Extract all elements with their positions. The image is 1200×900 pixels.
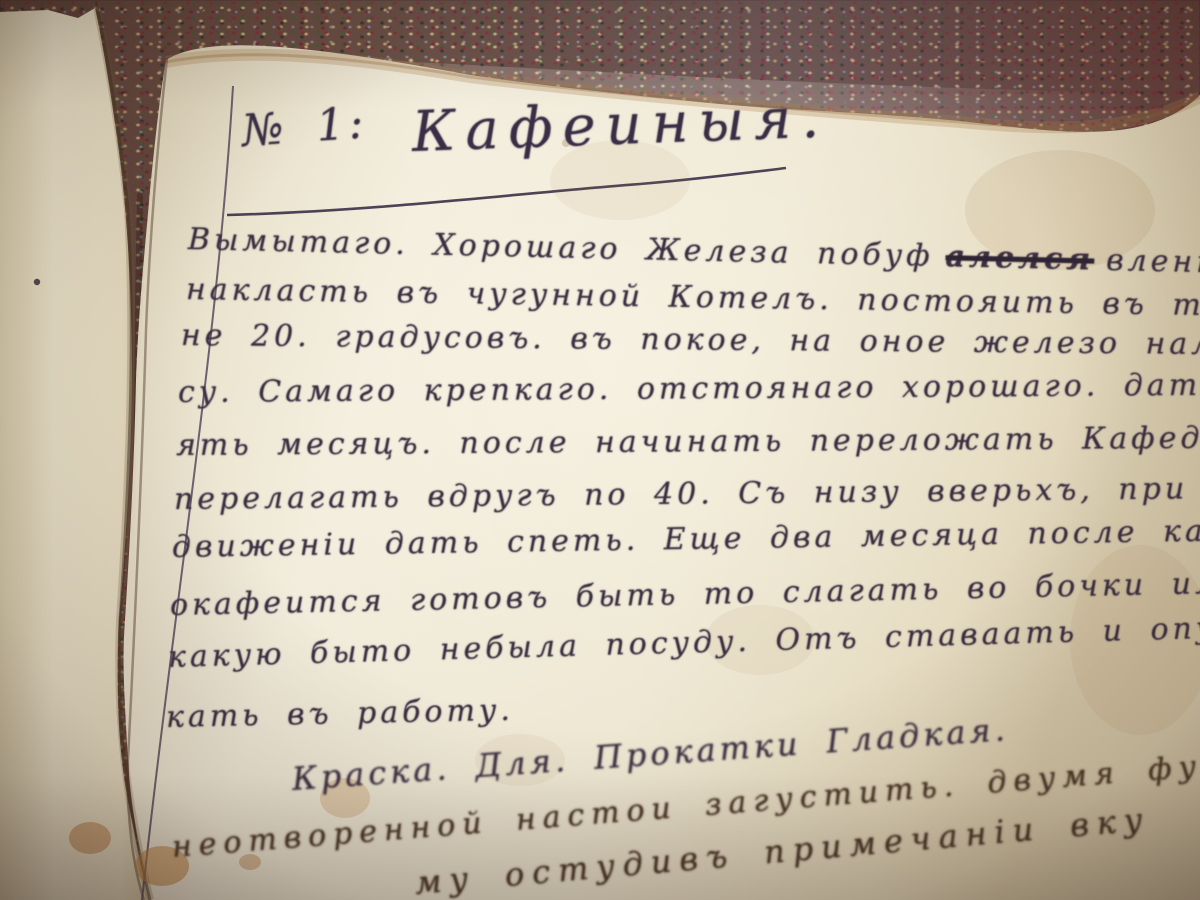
manuscript-photo: № 1: Кафеиныя. Вымытаго. Хорошаго Железа… (0, 0, 1200, 900)
line1-text: Вымытаго. Хорошаго Железа побуф (188, 222, 934, 274)
manuscript-line-10: кать въ работу. (166, 693, 515, 735)
manuscript-line-2: накласть въ чугунной Котелъ. постояить в… (186, 272, 1200, 324)
manuscript-line-6: перелагать вдругъ по 40. Съ низу вверьхъ… (174, 470, 1200, 517)
page-title: Кафеиныя. (411, 85, 830, 165)
manuscript-line-8: окафеится готовъ быть то слагать во бочк… (170, 566, 1200, 623)
manuscript-line-5: ять месяцъ. после начинать переложать Ка… (176, 420, 1200, 463)
heading-number: № 1: (240, 97, 369, 157)
manuscript-line-9: какую быто небыла посуду. Отъ ставаать и… (168, 611, 1200, 675)
strikethrough-text: алелся (945, 239, 1094, 277)
manuscript-line-7: движеніи дать спеть. Еще два месяца посл… (172, 513, 1200, 565)
handwritten-text-layer: № 1: Кафеиныя. Вымытаго. Хорошаго Железа… (0, 0, 1200, 900)
manuscript-line-1: Вымытаго. Хорошаго Железа побуфалелсявле… (188, 222, 1200, 282)
manuscript-line-3: не 20. градусовъ. въ покое, на оное желе… (181, 318, 1200, 363)
manuscript-line-4: су. Самаго крепкаго. отстоянаго хорошаго… (178, 367, 1200, 410)
line1-text-after: вленнаго (1106, 243, 1200, 282)
